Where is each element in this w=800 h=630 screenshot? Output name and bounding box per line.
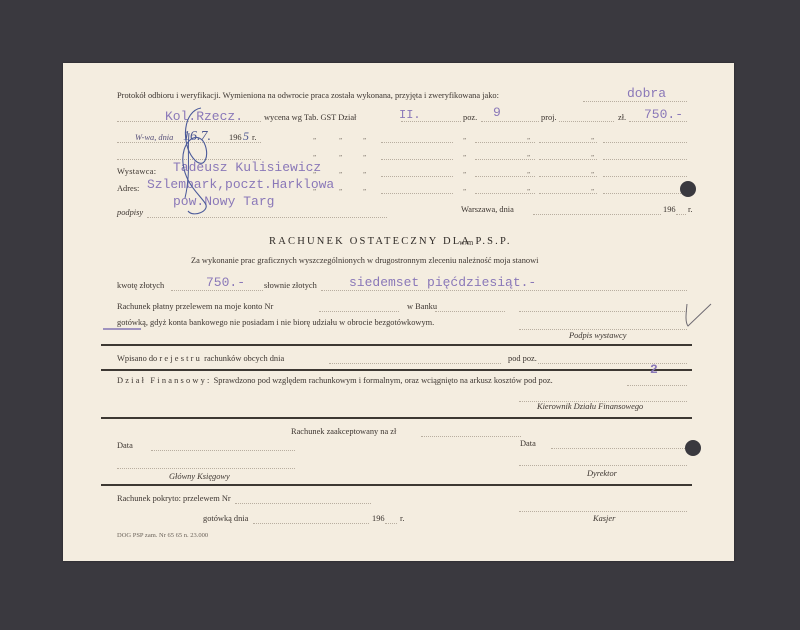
- data-right-line: [551, 448, 687, 449]
- ditto: „: [339, 150, 342, 158]
- zaakceptowany-line: [421, 436, 521, 437]
- ksiegowy-line: [117, 468, 295, 469]
- pod-poz-label: pod poz.: [508, 355, 537, 363]
- ditto: „: [527, 184, 530, 192]
- dzial-value: II.: [399, 109, 421, 121]
- ditto: „: [591, 150, 594, 158]
- printer-note: DOG PSP zam. Nr 65 65 n. 23.000: [117, 533, 208, 540]
- dyrektor-label: Dyrektor: [587, 470, 617, 478]
- gotowka-line: gotówką, gdyż konta bankowego nie posiad…: [117, 319, 434, 327]
- strikeout-mark: [103, 328, 141, 330]
- poz-label: poz.: [463, 114, 477, 122]
- year-prefix: 196: [229, 134, 242, 142]
- finance-dept-label: Dział Finansowy:: [117, 376, 212, 385]
- invoice-title-suffix: w/m: [459, 239, 473, 247]
- proj-line: [559, 121, 614, 122]
- ditto: „: [363, 184, 366, 192]
- data-left-label: Data: [117, 442, 133, 450]
- ditto: „: [591, 133, 594, 141]
- warszawa-label: Warszawa, dnia: [461, 206, 514, 214]
- data-right-label: Data: [520, 440, 536, 448]
- podpisy-label: podpisy: [117, 209, 143, 217]
- ditto: „: [463, 150, 466, 158]
- quality-value: dobra: [627, 87, 666, 100]
- gotowka-dnia-line: [253, 523, 369, 524]
- ditto-line: [475, 142, 535, 143]
- ditto: „: [463, 133, 466, 141]
- kwote-label: kwotę złotych: [117, 282, 164, 290]
- ditto-line: [539, 193, 597, 194]
- dzial-line: [401, 121, 461, 122]
- finance-poz-line: [627, 385, 687, 386]
- ditto: „: [463, 184, 466, 192]
- ditto-line: [539, 142, 597, 143]
- wycena-label: wycena wg Tab. GST Dział: [264, 114, 356, 122]
- konto-label: Rachunek płatny przelewem na moje konto …: [117, 303, 273, 311]
- wpisano-line: Wpisano do rejestru rachunków obcych dni…: [117, 355, 284, 363]
- wpisano-suffix: rachunków obcych dnia: [204, 354, 284, 363]
- punch-hole: [680, 181, 696, 197]
- kasjer-line: [519, 511, 687, 512]
- ditto: „: [363, 150, 366, 158]
- ditto-line: [381, 176, 453, 177]
- amount-value: 750.-: [644, 108, 683, 121]
- handwritten-signature: [163, 103, 223, 223]
- invoice-title: RACHUNEK OSTATECZNY DLA P.S.P.: [269, 237, 512, 248]
- ditto: „: [463, 167, 466, 175]
- ditto: „: [527, 167, 530, 175]
- ditto-line: [381, 142, 453, 143]
- slownie-label: słownie złotych: [264, 282, 317, 290]
- wystawca-label: Wystawca:: [117, 168, 156, 176]
- przelewem-line: [235, 503, 371, 504]
- finance-checked-text: Sprawdzono pod względem rachunkowym i fo…: [214, 376, 553, 385]
- ditto: „: [313, 150, 316, 158]
- warszawa-r: r.: [688, 206, 692, 214]
- ditto-line: [539, 159, 597, 160]
- payment-r: r.: [400, 515, 404, 523]
- invoice-document: Protokół odbioru i weryfikacji. Wymienio…: [63, 63, 734, 561]
- ditto-line: [475, 159, 535, 160]
- poz-line: [481, 121, 539, 122]
- register-poz-line: [538, 363, 687, 364]
- ditto-line: [539, 176, 597, 177]
- register-date-line: [329, 363, 501, 364]
- payment-year-line: [385, 523, 397, 524]
- finance-line: Dział Finansowy: Sprawdzono pod względem…: [117, 377, 553, 385]
- divider: [101, 417, 692, 419]
- ditto-line: [475, 176, 535, 177]
- ditto: „: [591, 167, 594, 175]
- finance-poz-value: 2: [650, 363, 658, 376]
- ditto-line: [603, 159, 687, 160]
- warszawa-year-line: [676, 214, 686, 215]
- ditto-line: [381, 159, 453, 160]
- kwote-line: [171, 290, 263, 291]
- ditto: „: [527, 133, 530, 141]
- divider: [101, 344, 692, 346]
- punch-hole: [685, 440, 701, 456]
- ditto: „: [313, 133, 316, 141]
- ditto: „: [591, 184, 594, 192]
- glowny-ksiegowy-label: Główny Księgowy: [169, 473, 230, 481]
- divider: [101, 484, 692, 486]
- dyrektor-line: [519, 465, 687, 466]
- kasjer-label: Kasjer: [593, 515, 615, 523]
- warszawa-year: 196: [663, 206, 676, 214]
- ditto: „: [363, 167, 366, 175]
- gotowka-dnia-label: gotówką dnia: [203, 515, 248, 523]
- bank-label: w Banku: [407, 303, 437, 311]
- divider: [101, 369, 692, 371]
- ditto-line: [603, 193, 687, 194]
- signature-line: [519, 329, 687, 330]
- protocol-line: Protokół odbioru i weryfikacji. Wymienio…: [117, 92, 499, 100]
- zl-label: zł.: [618, 114, 626, 122]
- payment-year: 196: [372, 515, 385, 523]
- invoice-intro: Za wykonanie prac graficznych wyszczegól…: [191, 257, 538, 265]
- ditto: „: [363, 133, 366, 141]
- data-left-line: [151, 450, 295, 451]
- podpis-wystawcy: Podpis wystawcy: [569, 332, 626, 340]
- check-mark: [683, 296, 723, 336]
- ditto-line: [381, 193, 453, 194]
- kierownik-label: Kierownik Działu Finansowego: [537, 403, 643, 411]
- ditto-line: [603, 142, 687, 143]
- proj-label: proj.: [541, 114, 557, 122]
- wpisano-spaced: rejestru: [159, 354, 202, 363]
- warszawa-date-line: [533, 214, 661, 215]
- pokryto-label: Rachunek pokryto:: [117, 495, 181, 503]
- ditto: „: [339, 133, 342, 141]
- zaakceptowany-label: Rachunek zaakceptowany na zł: [291, 428, 396, 436]
- adres-label: Adres:: [117, 185, 139, 193]
- year-suffix: r.: [252, 134, 256, 142]
- slownie-value: siedemset pięćdziesiąt.-: [349, 276, 536, 289]
- ditto-line: [603, 176, 687, 177]
- poz-value: 9: [493, 106, 501, 119]
- wpisano-prefix: Wpisano do: [117, 354, 157, 363]
- quality-line: [583, 101, 687, 102]
- bank-line: [435, 311, 505, 312]
- kwote-value: 750.-: [206, 276, 245, 289]
- ditto: „: [527, 150, 530, 158]
- ditto: „: [339, 167, 342, 175]
- konto-line: [319, 311, 399, 312]
- ditto-line: [475, 193, 535, 194]
- przelewem-label: przelewem Nr: [183, 495, 231, 503]
- year-value-handwritten: 5: [243, 130, 249, 142]
- ditto: „: [339, 184, 342, 192]
- slownie-line: [321, 290, 687, 291]
- bank-line-2: [519, 311, 687, 312]
